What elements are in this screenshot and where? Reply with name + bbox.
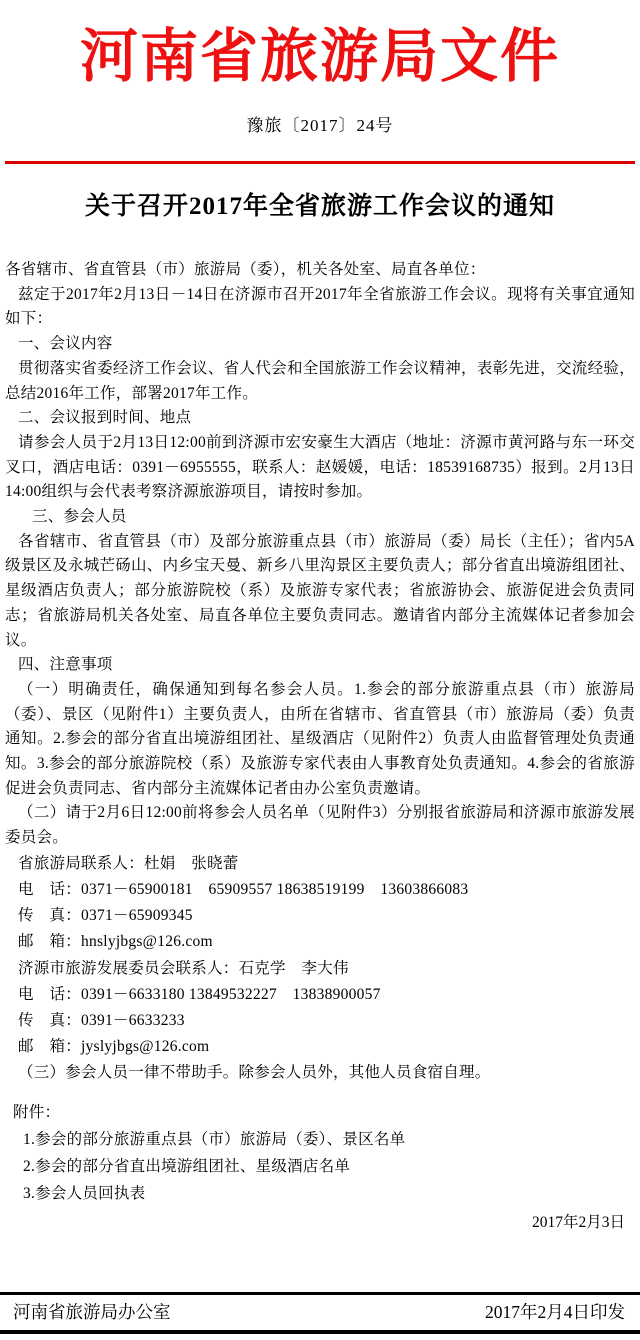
attachments-label: 附件： [8,1099,635,1126]
footer-issuer: 河南省旅游局办公室 [13,1302,171,1322]
doc-number: 豫旅〔2017〕24号 [0,115,640,137]
section-heading-3: 三、参会人员 [5,505,635,530]
attachment-item-3: 3.参会人员回执表 [8,1180,635,1207]
contact-province-phone: 电 话：0371－65900181 65909557 18638519199 1… [5,877,635,903]
paragraph-intro: 兹定于2017年2月13日－14日在济源市召开2017年全省旅游工作会议。现将有… [5,283,635,332]
contact-jiyuan-phone: 电 话：0391－6633180 13849532227 13838900057 [5,982,635,1008]
footer-print-date: 2017年2月4日印发 [485,1302,625,1322]
contact-province-email: 邮 箱：hnslyjbgs@126.com [5,929,635,955]
document-footer: 河南省旅游局办公室 2017年2月4日印发 [0,1292,640,1334]
attachment-item-2: 2.参会的部分省直出境游组团社、星级酒店名单 [8,1153,635,1180]
paragraph-note-3: （三）参会人员一律不带助手。除参会人员外，其他人员食宿自理。 [5,1061,635,1086]
section-heading-4: 四、注意事项 [5,653,635,678]
paragraph-salutation: 各省辖市、省直管县（市）旅游局（委），机关各处室、局直各单位： [5,258,635,283]
section-heading-1: 一、会议内容 [5,332,635,357]
paragraph-section-2: 请参会人员于2月13日12:00前到济源市宏安豪生大酒店（地址：济源市黄河路与东… [5,431,635,505]
document-page: 河南省旅游局文件 豫旅〔2017〕24号 关于召开2017年全省旅游工作会议的通… [0,0,640,1340]
paragraph-note-2: （二）请于2月6日12:00前将参会人员名单（见附件3）分别报省旅游局和济源市旅… [5,801,635,850]
section-heading-2: 二、会议报到时间、地点 [5,406,635,431]
paragraph-section-1: 贯彻落实省委经济工作会议、省人代会和全国旅游工作会议精神，表彰先进，交流经验，总… [5,357,635,406]
attachment-item-1: 1.参会的部分旅游重点县（市）旅游局（委）、景区名单 [8,1126,635,1153]
contact-province-names: 省旅游局联系人：杜娟 张晓蕾 [5,851,635,877]
paragraph-note-1: （一）明确责任，确保通知到每名参会人员。1.参会的部分旅游重点县（市）旅游局（委… [5,678,635,802]
signed-date: 2017年2月3日 [0,1210,640,1235]
agency-title: 河南省旅游局文件 [0,25,640,89]
contact-jiyuan-names: 济源市旅游发展委员会联系人：石克学 李大伟 [5,956,635,982]
contact-jiyuan-fax: 传 真：0391－6633233 [5,1008,635,1034]
document-body: 各省辖市、省直管县（市）旅游局（委），机关各处室、局直各单位： 兹定于2017年… [0,258,640,1085]
contact-jiyuan-email: 邮 箱：jyslyjbgs@126.com [5,1034,635,1060]
attachments-section: 附件： 1.参会的部分旅游重点县（市）旅游局（委）、景区名单 2.参会的部分省直… [0,1099,640,1207]
red-divider-line [5,161,635,164]
paragraph-section-3: 各省辖市、省直管县（市）及部分旅游重点县（市）旅游局（委）局长（主任）；省内5A… [5,530,635,654]
notice-title: 关于召开2017年全省旅游工作会议的通知 [0,192,640,222]
contact-province-fax: 传 真：0371－65909345 [5,903,635,929]
